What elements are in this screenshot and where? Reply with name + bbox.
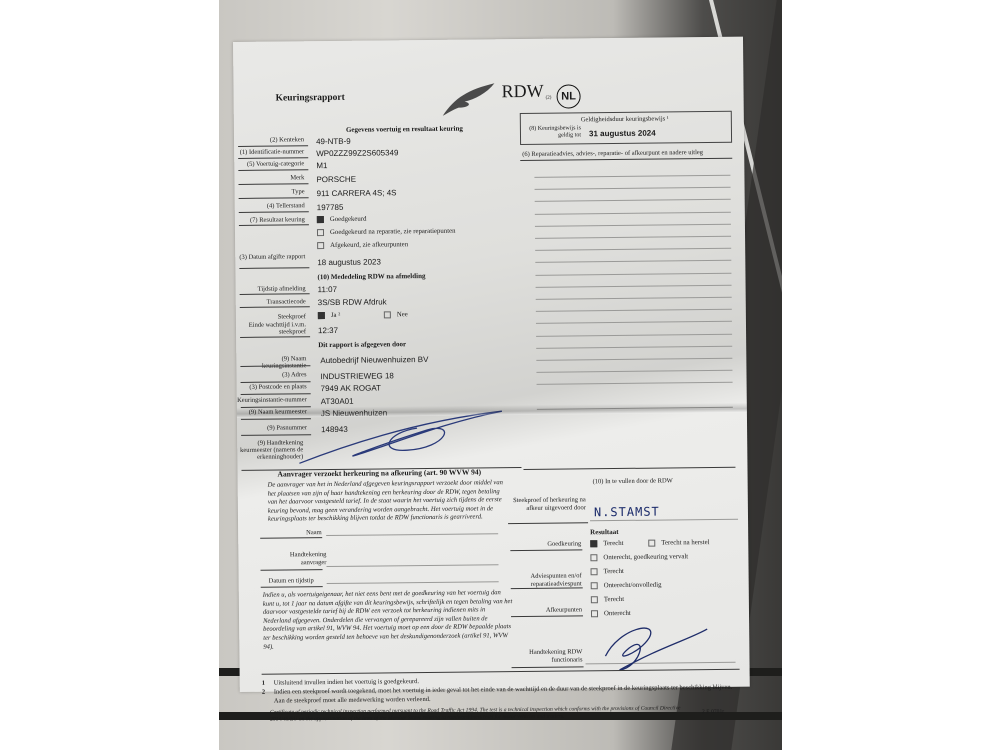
advice-line xyxy=(535,260,731,263)
advice-line xyxy=(536,321,732,324)
field-label: (5) Voertuig-categorie xyxy=(234,160,304,168)
rdw-result-option[interactable]: Terecht na herstel xyxy=(648,539,709,547)
applicant-signature-line[interactable] xyxy=(326,564,498,567)
photo-background: Keuringsrapport RDW (2) NL Gegevens voer… xyxy=(219,0,782,750)
issuer-value: INDUSTRIEWEG 18 xyxy=(320,371,393,381)
issuer-label: (9) Naam keuringsinstantie xyxy=(236,355,306,370)
divider xyxy=(239,211,309,213)
divider xyxy=(260,537,322,539)
advice-line xyxy=(536,358,732,361)
advice-line xyxy=(537,382,733,385)
checkbox-icon[interactable] xyxy=(384,311,391,318)
country-badge: NL xyxy=(556,84,580,108)
divider xyxy=(239,267,309,269)
result-option[interactable]: Goedgekeurd xyxy=(317,216,367,224)
reinspection-text: De aanvrager van het in Nederland afgege… xyxy=(268,479,508,524)
issuer-heading: Dit rapport is afgegeven door xyxy=(318,340,406,349)
divider xyxy=(511,587,583,589)
divider xyxy=(240,306,310,308)
rdw-group-label: Afkeurpunten xyxy=(514,606,582,615)
wait-label: Einde wachttijd i.v.m. steekproef xyxy=(236,321,306,336)
divider xyxy=(520,158,732,161)
name-line[interactable] xyxy=(326,533,498,536)
validity-heading: Geldigheidsduur keuringsbewijs ¹ xyxy=(581,115,669,123)
advice-line xyxy=(536,333,732,336)
divider xyxy=(261,586,323,588)
field-value: PORSCHE xyxy=(316,175,356,184)
issuer-fields: (9) Naam keuringsinstantieAutobedrijf Ni… xyxy=(233,37,743,42)
advice-line xyxy=(535,272,731,275)
field-label: (1) Identificatie-nummer xyxy=(234,148,304,156)
rdw-result-option[interactable]: Onterecht xyxy=(591,610,631,617)
checkbox-icon[interactable] xyxy=(591,610,598,617)
sample-no-option[interactable]: Nee xyxy=(384,311,408,318)
advice-line xyxy=(534,175,730,178)
name-label: Naam xyxy=(306,529,322,537)
rdw-result-option[interactable]: Onterecht/onvolledig xyxy=(591,582,662,590)
field-label: Merk xyxy=(234,174,304,182)
advice-line xyxy=(536,297,732,300)
checkbox-icon[interactable] xyxy=(317,242,324,249)
repair-advice-label: (6) Reparatieadvies, advies-, reparatie-… xyxy=(522,149,703,158)
issuer-value: Autobedrijf Nieuwenhuizen BV xyxy=(320,355,428,365)
issuer-label: (3) Postcode en plaats xyxy=(237,383,307,391)
reinspection-heading: Aanvrager verzoekt herkeuring na afkeuri… xyxy=(277,467,481,478)
field-value: 49-NTB-9 xyxy=(316,137,351,146)
field-value: M1 xyxy=(316,161,327,170)
divider xyxy=(240,336,310,338)
repair-advice-lines xyxy=(233,37,743,42)
field-value: 911 CARRERA 4S; 4S xyxy=(317,188,397,198)
checkbox-icon[interactable] xyxy=(591,582,598,589)
advice-line xyxy=(535,211,731,214)
country-note: (2) xyxy=(546,96,552,101)
advice-line xyxy=(535,248,731,251)
inspection-report-paper: Keuringsrapport RDW (2) NL Gegevens voer… xyxy=(233,37,750,692)
footnote-text: Indien een steekproef wordt toegekend, m… xyxy=(274,684,734,706)
advice-line xyxy=(535,199,731,202)
performed-by-label: Steekproef of herkeuring na afkeur uitge… xyxy=(508,496,586,513)
sample-label: Steekproef xyxy=(236,313,306,321)
rdw-group-label: Goedkeuring xyxy=(513,540,581,549)
section-vehicle-heading: Gegevens voertuig en resultaat keuring xyxy=(346,125,463,134)
footnote-number: 2 xyxy=(262,689,265,696)
owner-text: Indien u, als voertuigeigenaar, het niet… xyxy=(263,589,514,652)
notice-label: Transactiecode xyxy=(236,298,306,306)
performed-by-value: N.STAMST xyxy=(594,505,660,520)
issuer-label: (3) Adres xyxy=(236,371,306,379)
rdw-section-heading: (10) In te vullen door de RDW xyxy=(593,477,673,486)
field-label: (4) Tellerstand xyxy=(235,202,305,210)
divider xyxy=(261,569,323,571)
result-options: GoedgekeurdGoedgekeurd na reparatie, zie… xyxy=(233,37,743,42)
performed-by-line xyxy=(590,519,738,522)
notice-label: Tijdstip afmelding xyxy=(236,285,306,293)
rdw-result-option[interactable]: Terecht xyxy=(590,540,623,547)
footnotes: 1Uitsluitend invullen indien het voertui… xyxy=(233,37,743,42)
divider xyxy=(240,293,310,295)
checkbox-icon[interactable] xyxy=(591,596,598,603)
divider xyxy=(510,549,582,551)
result-heading: Resultaat xyxy=(590,528,618,536)
rdw-signature-label: Handtekening RDW functionaris xyxy=(514,648,582,665)
advice-line xyxy=(536,370,732,373)
checkbox-icon[interactable] xyxy=(590,554,597,561)
validity-label: (8) Keuringsbewijs is geldig tot xyxy=(526,125,581,140)
field-value: WP0ZZZ99Z2S605349 xyxy=(316,148,398,158)
validity-value: 31 augustus 2024 xyxy=(589,129,656,139)
notice-value: 3S/SB RDW Afdruk xyxy=(318,297,387,307)
rdw-notice-fields: Tijdstip afmelding11:07Transactiecode3S/… xyxy=(233,37,743,42)
rdw-result-option[interactable]: Terecht xyxy=(591,596,624,603)
divider xyxy=(512,666,584,668)
rdw-result-option[interactable]: Onterecht, goedkeuring vervalt xyxy=(590,553,688,561)
divider xyxy=(508,522,588,524)
rdw-signature xyxy=(599,617,710,673)
issuer-signature-label: (9) Handtekening keurmeester (namens de … xyxy=(233,439,303,461)
wait-value: 12:37 xyxy=(318,326,338,335)
date-value: 18 augustus 2023 xyxy=(317,257,381,267)
divider xyxy=(523,467,735,470)
divider xyxy=(511,615,583,617)
rdw-notice-heading: (10) Mededeling RDW na afmelding xyxy=(317,272,425,281)
divider xyxy=(238,157,308,159)
document-title: Keuringsrapport xyxy=(276,93,345,104)
applicant-signature-label: Handtekening aanvrager xyxy=(276,551,326,568)
vehicle-fields: (2) Kenteken49-NTB-9(1) Identificatie-nu… xyxy=(233,37,743,42)
checkbox-icon[interactable] xyxy=(648,540,655,547)
footnote-number: 1 xyxy=(262,680,265,687)
result-option[interactable]: Goedgekeurd na reparatie, zie reparatiep… xyxy=(317,228,456,237)
rdw-result-option[interactable]: Terecht xyxy=(591,568,624,575)
advice-line xyxy=(536,285,732,288)
notice-value: 11:07 xyxy=(318,285,338,294)
result-label: (7) Resultaat keuring xyxy=(235,216,305,224)
rdw-result-groups: GoedkeuringTerechtTerecht na herstelOnte… xyxy=(233,37,743,42)
checkbox-checked-icon[interactable] xyxy=(317,216,324,223)
advice-line xyxy=(535,236,731,239)
checkbox-icon[interactable] xyxy=(591,568,598,575)
rdw-logo-icon xyxy=(438,77,498,120)
result-option[interactable]: Afgekeurd, zie afkeurpunten xyxy=(317,241,408,249)
form-code: 2 E 0701r xyxy=(702,709,724,715)
advice-line xyxy=(535,224,731,227)
certificate-text: Certificate of periodic technical inspec… xyxy=(270,705,690,723)
rdw-brand: RDW xyxy=(501,81,543,102)
datetime-line[interactable] xyxy=(327,581,499,584)
sample-yes-option[interactable]: Ja ² xyxy=(318,312,340,319)
divider xyxy=(238,145,308,147)
checkbox-icon[interactable] xyxy=(317,229,324,236)
advice-line xyxy=(535,187,731,190)
validity-box: Geldigheidsduur keuringsbewijs ¹ (8) Keu… xyxy=(520,111,732,145)
advice-line xyxy=(536,309,732,312)
field-value: 197785 xyxy=(317,203,344,212)
divider xyxy=(239,197,309,199)
checkbox-checked-icon[interactable] xyxy=(590,540,597,547)
datetime-label: Datum en tijdstip xyxy=(269,577,314,585)
divider xyxy=(238,169,308,171)
inspector-signature xyxy=(297,391,508,468)
field-label: (2) Kenteken xyxy=(234,136,304,144)
divider xyxy=(239,224,309,226)
checkbox-checked-icon[interactable] xyxy=(318,312,325,319)
date-label: (3) Datum afgifte rapport xyxy=(235,253,305,261)
advice-line xyxy=(536,346,732,349)
field-label: Type xyxy=(235,188,305,196)
divider xyxy=(238,183,308,185)
